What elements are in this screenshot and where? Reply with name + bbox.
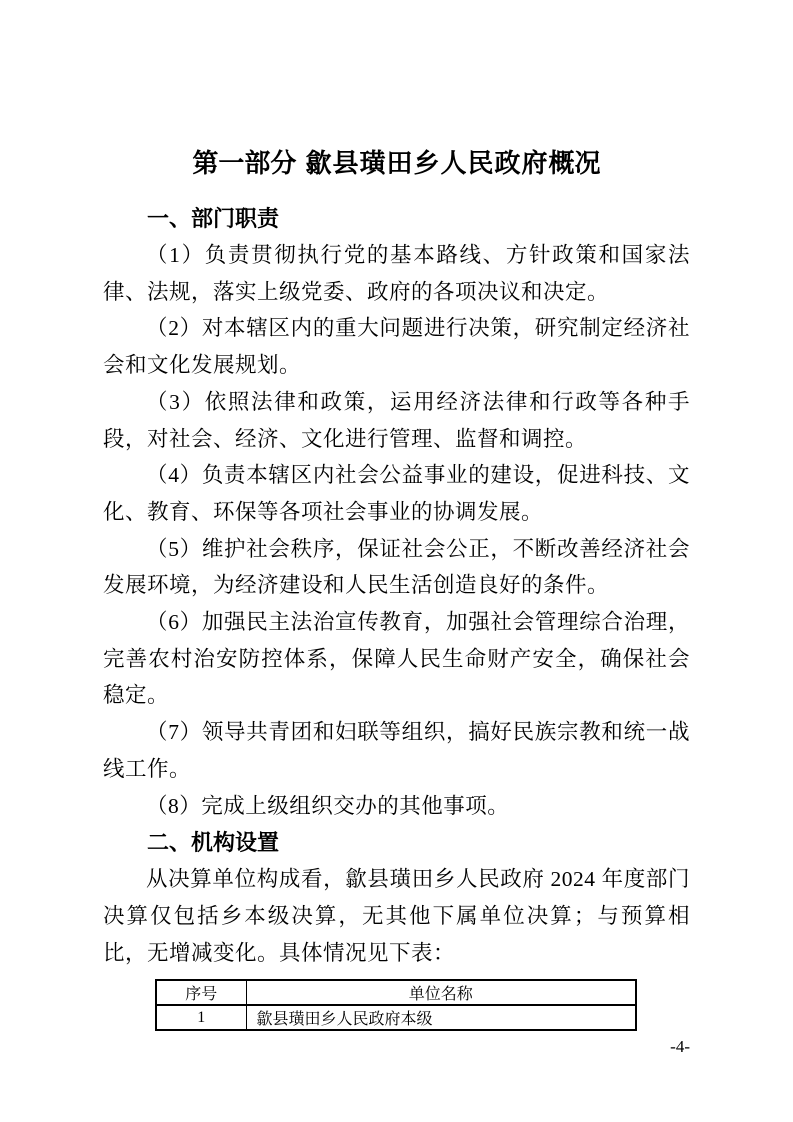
- units-table-header-index: 序号: [156, 980, 246, 1005]
- unit-name-cell: 歙县璜田乡人民政府本级: [246, 1005, 636, 1030]
- document-content: 第一部分歙县璜田乡人民政府概况 一、部门职责 （1）负责贯彻执行党的基本路线、方…: [103, 0, 690, 1057]
- page-title: 第一部分歙县璜田乡人民政府概况: [103, 143, 690, 184]
- units-table-header-row: 序号 单位名称: [156, 980, 636, 1005]
- unit-index-cell: 1: [156, 1005, 246, 1030]
- duty-paragraph-3: （3）依照法律和政策，运用经济法律和行政等各种手段，对社会、经济、文化进行管理、…: [103, 384, 690, 457]
- title-org-name: 歙县璜田乡人民政府: [306, 149, 549, 178]
- title-part-label: 第一部分: [192, 148, 296, 178]
- duty-paragraph-5: （5）维护社会秩序，保证社会公正，不断改善经济社会发展环境，为经济建设和人民生活…: [103, 531, 690, 604]
- units-table-header-name: 单位名称: [246, 980, 636, 1005]
- page-number: -4-: [103, 1037, 690, 1057]
- title-suffix: 概况: [549, 148, 601, 178]
- duty-paragraph-4: （4）负责本辖区内社会公益事业的建设，促进科技、文化、教育、环保等各项社会事业的…: [103, 457, 690, 530]
- table-row: 1 歙县璜田乡人民政府本级: [156, 1005, 636, 1030]
- duty-paragraph-7: （7）领导共青团和妇联等组织，搞好民族宗教和统一战线工作。: [103, 714, 690, 787]
- org-setup-paragraph: 从决算单位构成看，歙县璜田乡人民政府 2024 年度部门决算仅包括乡本级决算，无…: [103, 861, 690, 971]
- duty-paragraph-6: （6）加强民主法治宣传教育，加强社会管理综合治理，完善农村治安防控体系，保障人民…: [103, 604, 690, 714]
- units-table: 序号 单位名称 1 歙县璜田乡人民政府本级: [155, 979, 637, 1031]
- duty-paragraph-1: （1）负责贯彻执行党的基本路线、方针政策和国家法律、法规，落实上级党委、政府的各…: [103, 237, 690, 310]
- section-1-heading: 一、部门职责: [103, 200, 690, 237]
- document-page: 第一部分歙县璜田乡人民政府概况 一、部门职责 （1）负责贯彻执行党的基本路线、方…: [0, 0, 793, 1122]
- duty-paragraph-2: （2）对本辖区内的重大问题进行决策，研究制定经济社会和文化发展规划。: [103, 310, 690, 383]
- section-2-heading: 二、机构设置: [103, 824, 690, 861]
- duty-paragraph-8: （8）完成上级组织交办的其他事项。: [103, 788, 690, 825]
